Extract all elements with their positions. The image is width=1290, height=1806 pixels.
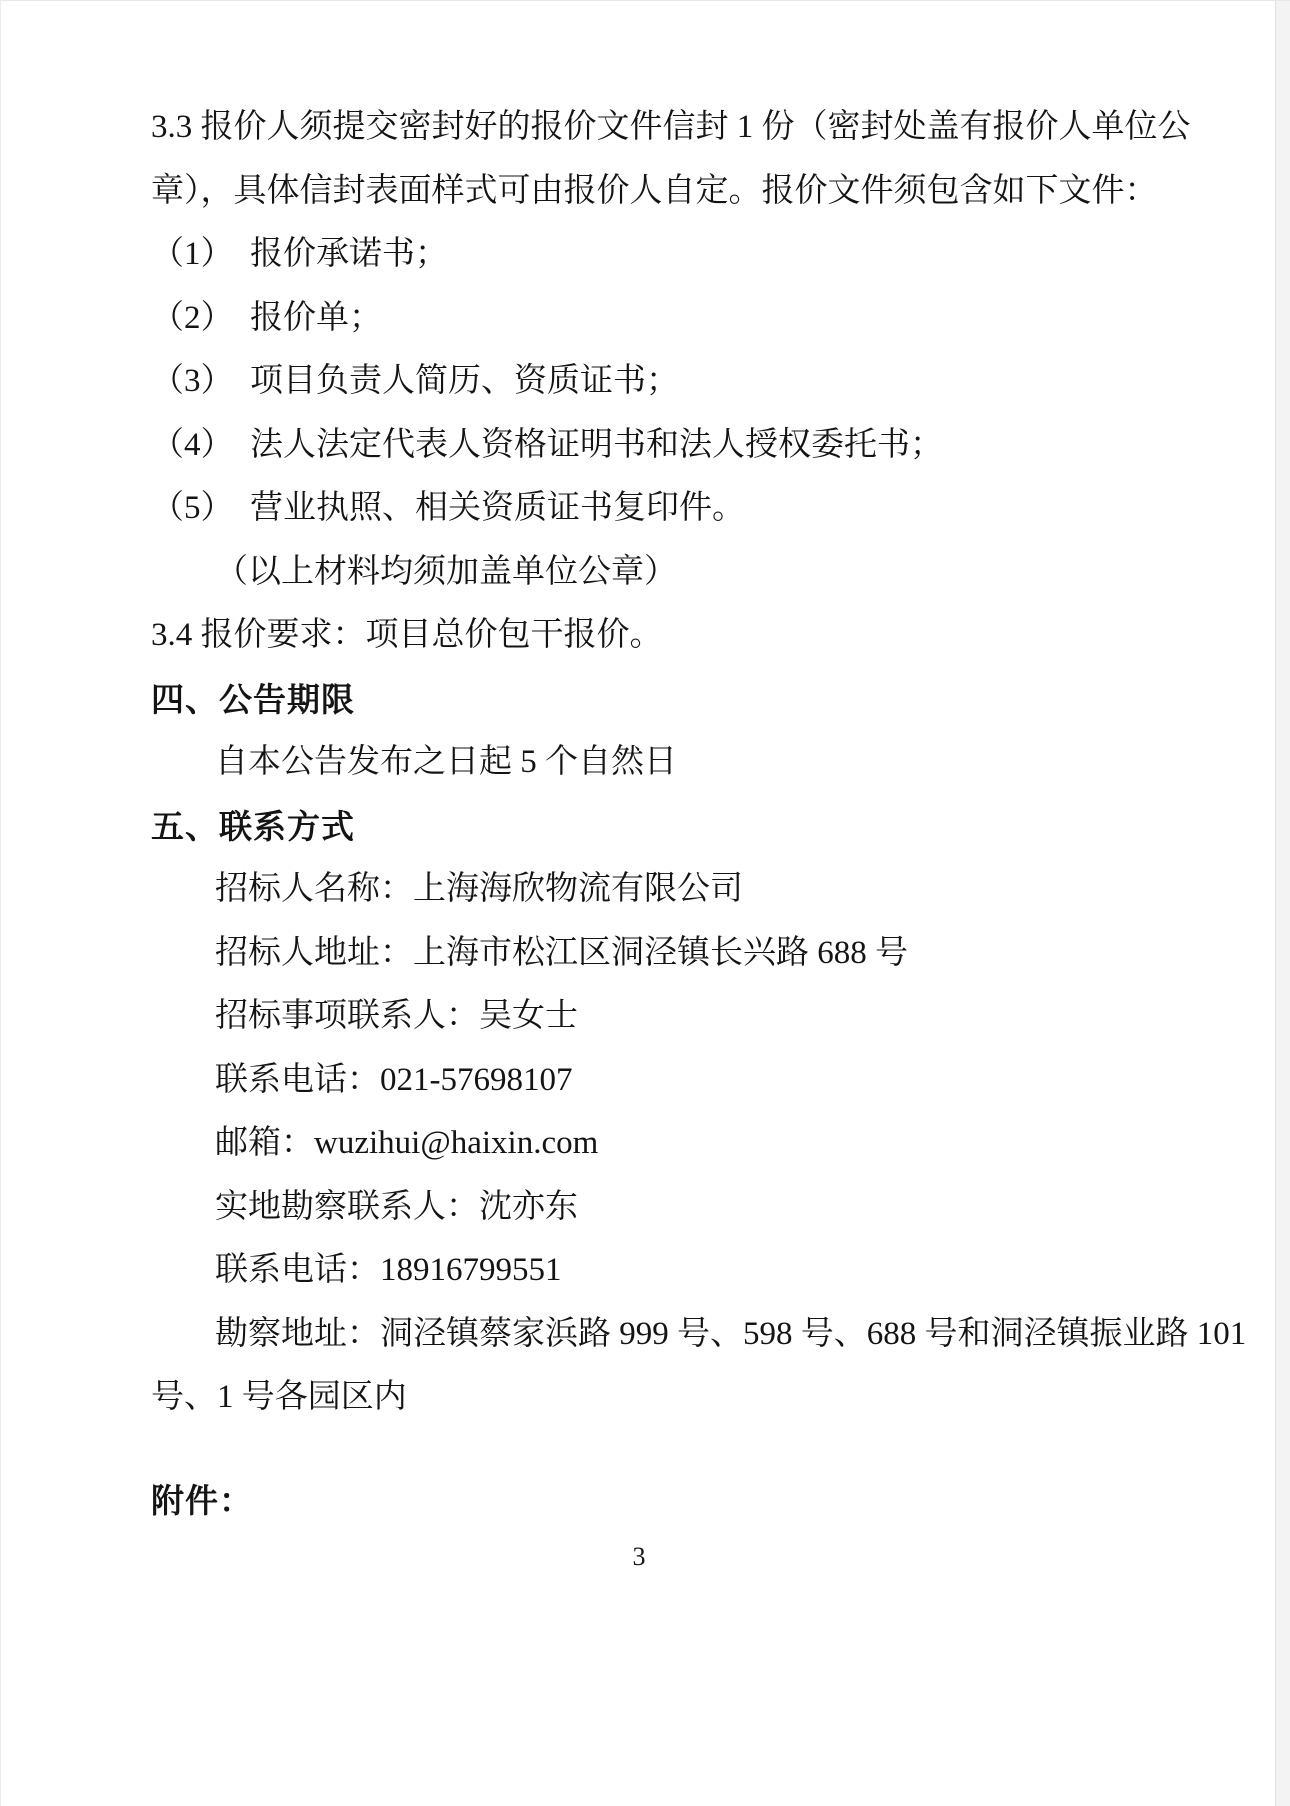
section-4-body: 自本公告发布之日起 5 个自然日 [151, 731, 1146, 795]
required-doc-item-5: （5） 营业执照、相关资质证书复印件。 [151, 477, 1146, 541]
tenderee-name-line: 招标人名称：上海海欣物流有限公司 [151, 858, 1146, 922]
section-4-heading: 四、公告期限 [151, 668, 1146, 732]
required-doc-item-4: （4） 法人法定代表人资格证明书和法人授权委托书； [151, 414, 1146, 478]
tender-phone-line: 联系电话：021-57698107 [151, 1049, 1146, 1113]
clause-3-4: 3.4 报价要求：项目总价包干报价。 [151, 604, 1146, 668]
survey-address-line-2: 号、1 号各园区内 [151, 1366, 1146, 1430]
site-survey-phone-line: 联系电话：18916799551 [151, 1239, 1146, 1303]
survey-address-line-1: 勘察地址：洞泾镇蔡家浜路 999 号、598 号、688 号和洞泾镇振业路 10… [151, 1303, 1146, 1367]
tenderee-address-line: 招标人地址：上海市松江区洞泾镇长兴路 688 号 [151, 922, 1146, 986]
tender-contact-line: 招标事项联系人：吴女士 [151, 985, 1146, 1049]
page-number: 3 [1, 1537, 1277, 1577]
document-body: 3.3 报价人须提交密封好的报价文件信封 1 份（密封处盖有报价人单位公 章），… [151, 96, 1146, 1532]
section-5-heading: 五、联系方式 [151, 795, 1146, 859]
clause-3-3-line-1: 3.3 报价人须提交密封好的报价文件信封 1 份（密封处盖有报价人单位公 [151, 96, 1146, 160]
required-doc-item-1: （1） 报价承诺书； [151, 223, 1146, 287]
attachment-label: 附件： [151, 1469, 1146, 1533]
email-line: 邮箱：wuzihui@haixin.com [151, 1112, 1146, 1176]
document-page: 3.3 报价人须提交密封好的报价文件信封 1 份（密封处盖有报价人单位公 章），… [0, 0, 1290, 1806]
clause-3-3-line-2: 章），具体信封表面样式可由报价人自定。报价文件须包含如下文件： [151, 160, 1146, 224]
seal-note: （以上材料均须加盖单位公章） [151, 541, 1146, 605]
required-doc-item-2: （2） 报价单； [151, 287, 1146, 351]
site-survey-contact-line: 实地勘察联系人：沈亦东 [151, 1176, 1146, 1240]
required-doc-item-3: （3） 项目负责人简历、资质证书； [151, 350, 1146, 414]
page-right-edge [1275, 1, 1290, 1806]
